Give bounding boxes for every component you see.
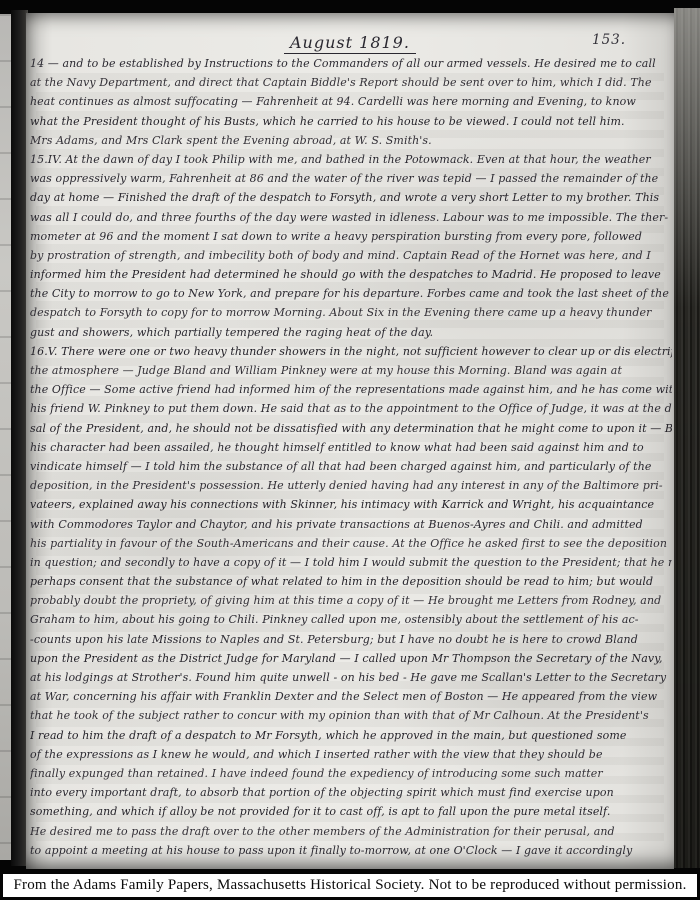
- manuscript-line: his friend W. Pinkney to put them down. …: [30, 399, 672, 418]
- manuscript-line: I read to him the draft of a despatch to…: [30, 726, 672, 745]
- manuscript-line: day at home — Finished the draft of the …: [30, 188, 672, 207]
- manuscript-line: the Office — Some active friend had info…: [30, 380, 672, 399]
- manuscript-line: probably doubt the propriety, of giving …: [30, 591, 672, 610]
- manuscript-line: at his lodgings at Strother's. Found him…: [30, 668, 672, 687]
- manuscript-line: the City to morrow to go to New York, an…: [30, 284, 672, 303]
- manuscript-line: with Commodores Taylor and Chaytor, and …: [30, 515, 672, 534]
- manuscript-line: mometer at 96 and the moment I sat down …: [30, 227, 672, 246]
- manuscript-line: by prostration of strength, and imbecili…: [30, 246, 672, 265]
- manuscript-line: to appoint a meeting at his house to pas…: [30, 841, 672, 860]
- manuscript-text: 14 — and to be established by Instructio…: [30, 54, 672, 860]
- manuscript-line: something, and which if alloy be not pro…: [30, 802, 672, 821]
- manuscript-line: heat continues as almost suffocating — F…: [30, 92, 672, 111]
- manuscript-page: August 1819. 153. 14 — and to be establi…: [26, 13, 674, 869]
- manuscript-line: 16.V. There were one or two heavy thunde…: [30, 342, 672, 361]
- manuscript-line: -counts upon his late Missions to Naples…: [30, 630, 672, 649]
- manuscript-line: in question; and secondly to have a copy…: [30, 553, 672, 572]
- book-page-edges-right: [674, 8, 700, 868]
- credit-caption: From the Adams Family Papers, Massachuse…: [13, 877, 686, 894]
- manuscript-line: gust and showers, which partially temper…: [30, 323, 672, 342]
- entry-month-heading: August 1819.: [284, 33, 416, 54]
- manuscript-line: sal of the President, and, he should not…: [30, 419, 672, 438]
- manuscript-line: deposition, in the President's possessio…: [30, 476, 672, 495]
- manuscript-line: at the Navy Department, and direct that …: [30, 73, 672, 92]
- manuscript-line: 15.IV. At the dawn of day I took Philip …: [30, 150, 672, 169]
- manuscript-line: finally expunged than retained. I have i…: [30, 764, 672, 783]
- credit-bar: From the Adams Family Papers, Massachuse…: [3, 874, 697, 897]
- manuscript-line: 14 — and to be established by Instructio…: [30, 54, 672, 73]
- manuscript-line: Graham to him, about his going to Chili.…: [30, 610, 672, 629]
- manuscript-line: that he took of the subject rather to co…: [30, 706, 672, 725]
- manuscript-line: Mrs Adams, and Mrs Clark spent the Eveni…: [30, 131, 672, 150]
- manuscript-line: at War, concerning his affair with Frank…: [30, 687, 672, 706]
- manuscript-line: into every important draft, to absorb th…: [30, 783, 672, 802]
- manuscript-line: his partiality in favour of the South-Am…: [30, 534, 672, 553]
- manuscript-line: his character had been assailed, he thou…: [30, 438, 672, 457]
- manuscript-line: what the President thought of his Busts,…: [30, 112, 672, 131]
- manuscript-line: vateers, explained away his connections …: [30, 495, 672, 514]
- manuscript-line: of the expressions as I knew he would, a…: [30, 745, 672, 764]
- manuscript-line: was oppressively warm, Fahrenheit at 86 …: [30, 169, 672, 188]
- page-number: 153.: [592, 32, 626, 48]
- manuscript-line: despatch to Forsyth to copy for to morro…: [30, 303, 672, 322]
- manuscript-line: vindicate himself — I told him the subst…: [30, 457, 672, 476]
- manuscript-line: upon the President as the District Judge…: [30, 649, 672, 668]
- manuscript-line: perhaps consent that the substance of wh…: [30, 572, 672, 591]
- manuscript-line: informed him the President had determine…: [30, 265, 672, 284]
- manuscript-line: He desired me to pass the draft over to …: [30, 822, 672, 841]
- manuscript-line: was all I could do, and three fourths of…: [30, 208, 672, 227]
- scanned-page-photo: August 1819. 153. 14 — and to be establi…: [0, 0, 700, 900]
- manuscript-line: the atmosphere — Judge Bland and William…: [30, 361, 672, 380]
